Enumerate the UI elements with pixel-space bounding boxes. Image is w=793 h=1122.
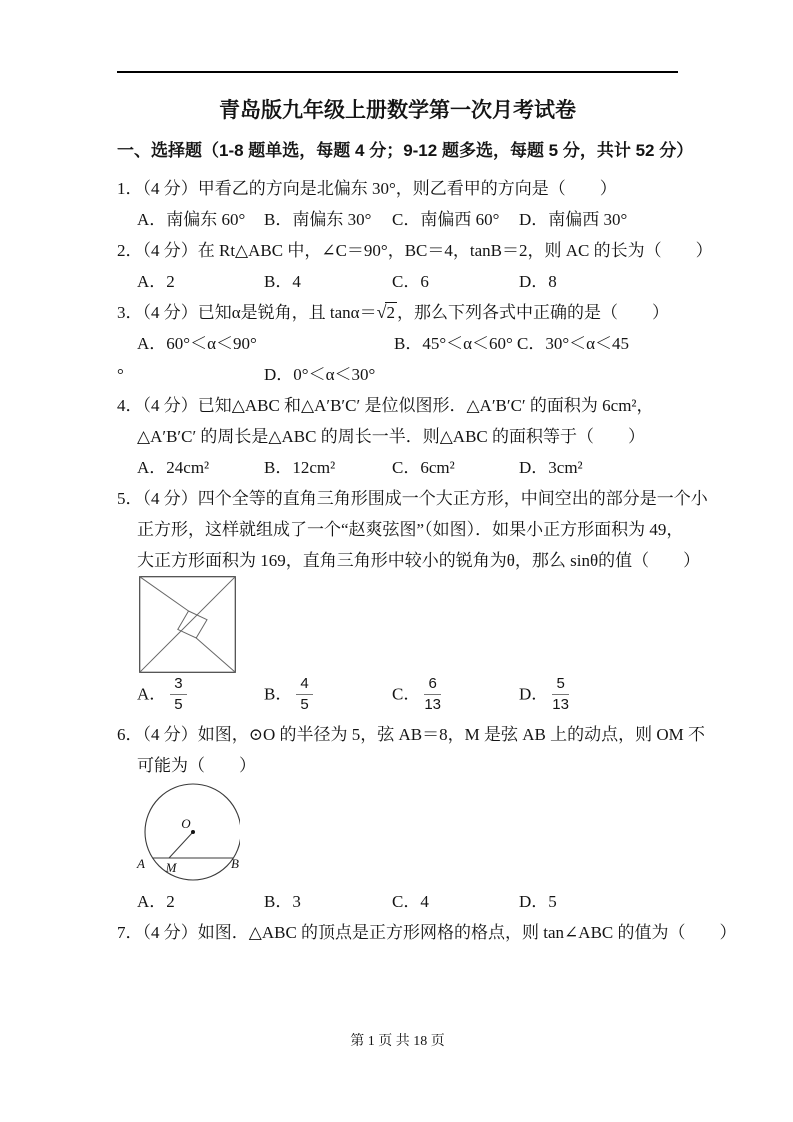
center-dot — [191, 830, 195, 834]
option-label: A． — [137, 685, 166, 704]
label-m: M — [165, 860, 178, 875]
numerator: 4 — [296, 675, 312, 694]
denominator: 13 — [424, 695, 441, 713]
radicand: 2 — [385, 302, 397, 322]
option-c: C．30°＜α＜45 — [517, 328, 629, 359]
question-3: 3．（4 分）已知α是锐角，且 tanα＝√2，那么下列各式中正确的是（ ） A… — [117, 297, 678, 390]
option-c: C．南偏西 60° — [392, 204, 519, 235]
question-4-stem-line-2: △A′B′C′ 的周长是△ABC 的周长一半．则△ABC 的面积等于（ ） — [117, 421, 678, 452]
fraction: 35 — [170, 675, 186, 713]
question-3-options-row-2: ° D．0°＜α＜30° — [117, 359, 678, 390]
numerator: 3 — [170, 675, 186, 694]
stem-text-before-radical: 3．（4 分）已知α是锐角，且 tanα＝ — [117, 303, 377, 322]
diagonal-line — [140, 577, 236, 673]
option-d: D．0°＜α＜30° — [264, 359, 375, 390]
question-5-options: A．35 B．45 C．613 D．513 — [117, 673, 678, 719]
question-2-options: A．2 B．4 C．6 D．8 — [117, 266, 678, 297]
denominator: 13 — [552, 695, 569, 713]
stem-text-after-radical: ，那么下列各式中正确的是（ ） — [397, 303, 669, 322]
question-6-stem-line-1: 6．（4 分）如图，⊙O 的半径为 5，弦 AB＝8，M 是弦 AB 上的动点，… — [117, 719, 678, 750]
question-5-stem-line-1: 5．（4 分）四个全等的直角三角形围成一个大正方形，中间空出的部分是一个小 — [117, 483, 678, 514]
option-d: D．南偏西 30° — [519, 204, 678, 235]
exam-document-page: { "page": { "title": "青岛版九年级上册数学第一次月考试卷"… — [0, 0, 793, 1122]
question-5: 5．（4 分）四个全等的直角三角形围成一个大正方形，中间空出的部分是一个小 正方… — [117, 483, 678, 719]
question-5-figure — [139, 576, 236, 673]
question-3-stem: 3．（4 分）已知α是锐角，且 tanα＝√2，那么下列各式中正确的是（ ） — [117, 297, 678, 328]
option-label: B． — [264, 685, 292, 704]
option-c: C．6cm² — [392, 452, 519, 483]
question-6-options: A．2 B．3 C．4 D．5 — [117, 886, 678, 917]
option-a: A．南偏东 60° — [137, 204, 264, 235]
option-d: D．5 — [519, 886, 678, 917]
denominator: 5 — [296, 695, 312, 713]
option-c-wrapped-degree: ° — [117, 359, 264, 390]
document-content: 青岛版九年级上册数学第一次月考试卷 一、选择题（1-8 题单选，每题 4 分；9… — [117, 0, 678, 948]
segment-om — [169, 832, 193, 858]
option-b: B．南偏东 30° — [264, 204, 392, 235]
option-b: B．12cm² — [264, 452, 392, 483]
inner-square — [178, 611, 207, 638]
option-a: A．2 — [137, 886, 264, 917]
label-b: B — [231, 856, 239, 871]
question-1-stem: 1．（4 分）甲看乙的方向是北偏东 30°，则乙看甲的方向是（ ） — [117, 173, 678, 204]
question-6-figure: O A M B — [134, 781, 240, 884]
question-4-options: A．24cm² B．12cm² C．6cm² D．3cm² — [117, 452, 678, 483]
label-a: A — [136, 856, 145, 871]
denominator: 5 — [170, 695, 186, 713]
question-4-stem-line-1: 4．（4 分）已知△ABC 和△A′B′C′ 是位似图形．△A′B′C′ 的面积… — [117, 390, 678, 421]
question-1-options: A．南偏东 60° B．南偏东 30° C．南偏西 60° D．南偏西 30° — [117, 204, 678, 235]
option-c: C．613 — [392, 679, 519, 713]
question-3-options-row-1: A．60°＜α＜90° B．45°＜α＜60° C．30°＜α＜45 — [117, 328, 678, 359]
triangle-leg-bottom-right — [196, 638, 235, 672]
fraction: 613 — [424, 675, 441, 713]
option-b: B．45 — [264, 679, 392, 713]
circle-chord-diagram: O A M B — [134, 781, 240, 884]
question-7: 7．（4 分）如图．△ABC 的顶点是正方形网格的格点，则 tan∠ABC 的值… — [117, 917, 678, 948]
option-a: A．60°＜α＜90° — [137, 328, 394, 359]
question-2-stem: 2．（4 分）在 Rt△ABC 中，∠C＝90°，BC＝4，tanB＝2，则 A… — [117, 235, 678, 266]
fraction: 513 — [552, 675, 569, 713]
question-1: 1．（4 分）甲看乙的方向是北偏东 30°，则乙看甲的方向是（ ） A．南偏东 … — [117, 173, 678, 235]
option-label: C． — [392, 685, 420, 704]
question-7-stem: 7．（4 分）如图．△ABC 的顶点是正方形网格的格点，则 tan∠ABC 的值… — [117, 917, 678, 948]
label-o: O — [181, 816, 191, 831]
header-rule — [117, 71, 678, 73]
question-5-stem-line-3: 大正方形面积为 169，直角三角形中较小的锐角为θ，那么 sinθ的值（ ） — [117, 545, 678, 576]
question-2: 2．（4 分）在 Rt△ABC 中，∠C＝90°，BC＝4，tanB＝2，则 A… — [117, 235, 678, 297]
numerator: 5 — [552, 675, 569, 694]
option-label: D． — [519, 685, 548, 704]
zhao-shuang-chord-diagram — [139, 576, 236, 673]
section-heading: 一、选择题（1-8 题单选，每题 4 分；9-12 题多选，每题 5 分，共计 … — [117, 139, 678, 163]
option-c: C．6 — [392, 266, 519, 297]
page-footer: 第 1 页 共 18 页 — [117, 1032, 678, 1052]
numerator: 6 — [424, 675, 441, 694]
option-a: A．35 — [137, 679, 264, 713]
question-4: 4．（4 分）已知△ABC 和△A′B′C′ 是位似图形．△A′B′C′ 的面积… — [117, 390, 678, 483]
option-a: A．2 — [137, 266, 264, 297]
option-c: C．4 — [392, 886, 519, 917]
option-d: D．8 — [519, 266, 678, 297]
option-b: B．45°＜α＜60° — [394, 328, 517, 359]
radical-expression: √2 — [377, 297, 397, 328]
option-b: B．4 — [264, 266, 392, 297]
question-6-stem-line-2: 可能为（ ） — [117, 750, 678, 781]
fraction: 45 — [296, 675, 312, 713]
option-b: B．3 — [264, 886, 392, 917]
question-5-stem-line-2: 正方形，这样就组成了一个“赵爽弦图”（如图）．如果小正方形面积为 49， — [117, 514, 678, 545]
question-6: 6．（4 分）如图，⊙O 的半径为 5，弦 AB＝8，M 是弦 AB 上的动点，… — [117, 719, 678, 917]
option-d: D．3cm² — [519, 452, 678, 483]
page-title: 青岛版九年级上册数学第一次月考试卷 — [117, 96, 678, 126]
triangle-leg-top-left — [140, 577, 189, 611]
option-a: A．24cm² — [137, 452, 264, 483]
option-d: D．513 — [519, 679, 678, 713]
